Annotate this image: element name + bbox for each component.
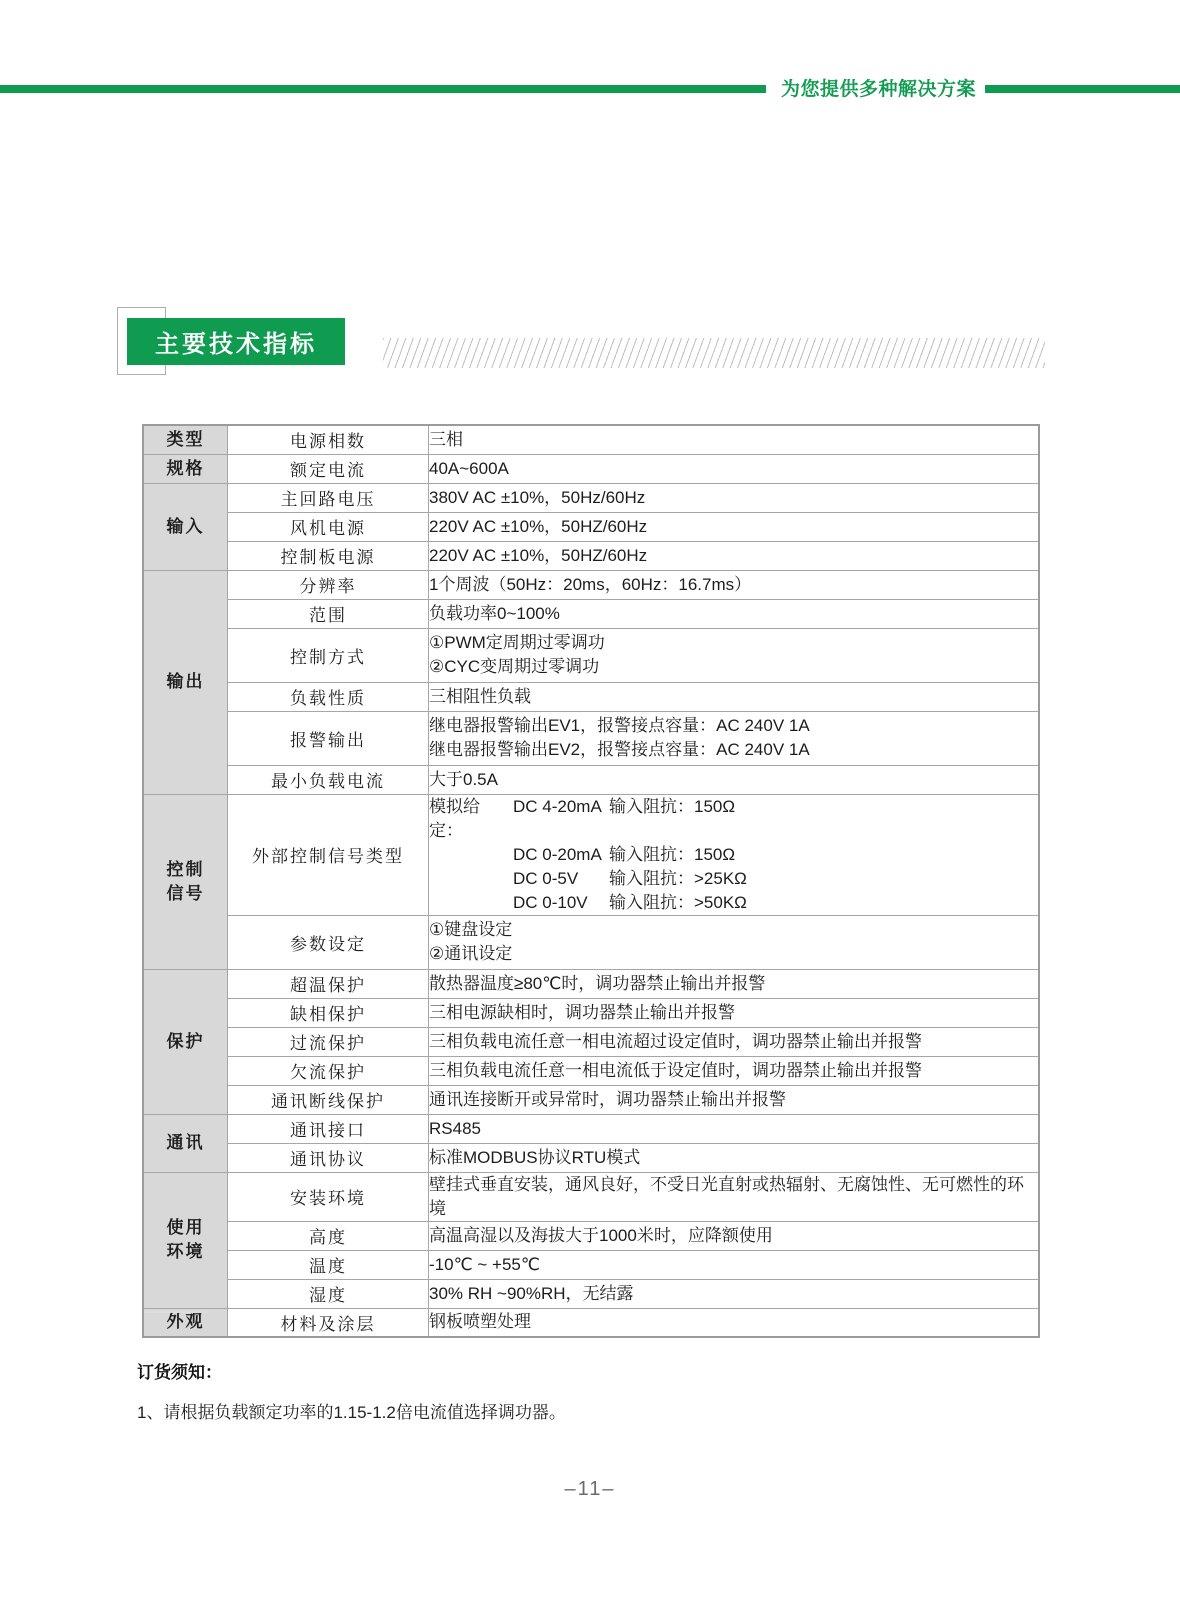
spec-table-body: 类型电源相数三相规格额定电流40A~600A输入主回路电压380V AC ±10… — [143, 425, 1039, 1337]
spec-label-cell: 控制板电源 — [228, 541, 429, 570]
spec-label-cell: 欠流保护 — [228, 1056, 429, 1085]
spec-value-cell: 三相电源缺相时，调功器禁止输出并报警 — [429, 998, 1040, 1027]
spec-value-line: 标准MODBUS协议RTU模式 — [429, 1146, 1038, 1170]
spec-label-cell: 分辨率 — [228, 570, 429, 599]
spec-value-line: DC 0-20mA输入阻抗：150Ω — [429, 843, 1038, 867]
spec-value-line: 三相电源缺相时，调功器禁止输出并报警 — [429, 1001, 1038, 1025]
spec-label-cell: 最小负载电流 — [228, 765, 429, 794]
spec-value-part — [429, 843, 513, 867]
spec-value-line: RS485 — [429, 1117, 1038, 1141]
spec-value-line: 1个周波（50Hz：20ms，60Hz：16.7ms） — [429, 573, 1038, 597]
spec-label-cell: 湿度 — [228, 1279, 429, 1308]
spec-label-cell: 过流保护 — [228, 1027, 429, 1056]
table-row: 输出分辨率1个周波（50Hz：20ms，60Hz：16.7ms） — [143, 570, 1039, 599]
category-cell: 保护 — [143, 969, 228, 1114]
spec-value-cell: 三相负载电流任意一相电流超过设定值时，调功器禁止输出并报警 — [429, 1027, 1040, 1056]
spec-value-cell: 大于0.5A — [429, 765, 1040, 794]
spec-label-cell: 通讯协议 — [228, 1143, 429, 1172]
notes-title: 订货须知： — [137, 1358, 222, 1383]
spec-value-cell: ①PWM定周期过零调功②CYC变周期过零调功 — [429, 628, 1040, 682]
spec-value-cell: 散热器温度≥80℃时，调功器禁止输出并报警 — [429, 969, 1040, 998]
spec-value-part: 输入阻抗：>25KΩ — [609, 867, 1038, 891]
table-row: 输入主回路电压380V AC ±10%，50Hz/60Hz — [143, 483, 1039, 512]
spec-value-line: 壁挂式垂直安装，通风良好，不受日光直射或热辐射、无腐蚀性、无可燃性的环境 — [429, 1173, 1038, 1221]
table-row: 最小负载电流大于0.5A — [143, 765, 1039, 794]
category-cell: 使用 环境 — [143, 1172, 228, 1308]
spec-value-part: DC 4-20mA — [513, 795, 609, 843]
spec-value-line: 大于0.5A — [429, 768, 1038, 792]
spec-value-line: -10℃ ~ +55℃ — [429, 1253, 1038, 1277]
spec-value-cell: 220V AC ±10%，50HZ/60Hz — [429, 512, 1040, 541]
spec-value-line: 继电器报警输出EV2，报警接点容量：AC 240V 1A — [429, 738, 1038, 762]
spec-value-line: 三相负载电流任意一相电流超过设定值时，调功器禁止输出并报警 — [429, 1030, 1038, 1054]
table-row: 类型电源相数三相 — [143, 425, 1039, 454]
spec-label-cell: 电源相数 — [228, 425, 429, 454]
spec-value-line: 继电器报警输出EV1，报警接点容量：AC 240V 1A — [429, 714, 1038, 738]
table-row: 负载性质三相阻性负载 — [143, 682, 1039, 711]
spec-value-line: 模拟给定：DC 4-20mA输入阻抗：150Ω — [429, 795, 1038, 843]
spec-value-cell: 三相 — [429, 425, 1040, 454]
spec-value-line: 负载功率0~100% — [429, 602, 1038, 626]
table-row: 风机电源220V AC ±10%，50HZ/60Hz — [143, 512, 1039, 541]
table-row: 外观材料及涂层钢板喷塑处理 — [143, 1308, 1039, 1337]
category-cell: 规格 — [143, 454, 228, 483]
spec-label-cell: 高度 — [228, 1221, 429, 1250]
spec-value-cell: RS485 — [429, 1114, 1040, 1143]
spec-value-cell: 钢板喷塑处理 — [429, 1308, 1040, 1337]
table-row: 报警输出继电器报警输出EV1，报警接点容量：AC 240V 1A继电器报警输出E… — [143, 711, 1039, 765]
table-row: 保护超温保护散热器温度≥80℃时，调功器禁止输出并报警 — [143, 969, 1039, 998]
spec-value-line: 220V AC ±10%，50HZ/60Hz — [429, 515, 1038, 539]
table-row: 使用 环境安装环境壁挂式垂直安装，通风良好，不受日光直射或热辐射、无腐蚀性、无可… — [143, 1172, 1039, 1221]
table-row: 控制板电源220V AC ±10%，50HZ/60Hz — [143, 541, 1039, 570]
table-row: 参数设定①键盘设定②通讯设定 — [143, 915, 1039, 969]
spec-value-cell: 继电器报警输出EV1，报警接点容量：AC 240V 1A继电器报警输出EV2，报… — [429, 711, 1040, 765]
spec-value-part — [429, 867, 513, 891]
table-row: 通讯协议标准MODBUS协议RTU模式 — [143, 1143, 1039, 1172]
spec-value-cell: 三相阻性负载 — [429, 682, 1040, 711]
table-row: 通讯通讯接口RS485 — [143, 1114, 1039, 1143]
header-slogan: 为您提供多种解决方案 — [781, 74, 976, 101]
category-cell: 输出 — [143, 570, 228, 794]
spec-value-part: 模拟给定： — [429, 795, 513, 843]
spec-value-cell: 模拟给定：DC 4-20mA输入阻抗：150ΩDC 0-20mA输入阻抗：150… — [429, 794, 1040, 915]
spec-label-cell: 缺相保护 — [228, 998, 429, 1027]
spec-value-cell: 30% RH ~90%RH，无结露 — [429, 1279, 1040, 1308]
spec-value-line: 通讯连接断开或异常时，调功器禁止输出并报警 — [429, 1088, 1038, 1112]
spec-value-part — [429, 891, 513, 915]
spec-label-cell: 参数设定 — [228, 915, 429, 969]
spec-value-line: DC 0-10V输入阻抗：>50KΩ — [429, 891, 1038, 915]
spec-label-cell: 通讯接口 — [228, 1114, 429, 1143]
spec-value-line: ②CYC变周期过零调功 — [429, 655, 1038, 679]
notes-item: 1、请根据负载额定功率的1.15-1.2倍电流值选择调功器。 — [137, 1398, 566, 1423]
spec-value-cell: 380V AC ±10%，50Hz/60Hz — [429, 483, 1040, 512]
header-rule-left — [0, 85, 766, 93]
spec-label-cell: 温度 — [228, 1250, 429, 1279]
spec-value-cell: 1个周波（50Hz：20ms，60Hz：16.7ms） — [429, 570, 1040, 599]
table-row: 欠流保护三相负载电流任意一相电流低于设定值时，调功器禁止输出并报警 — [143, 1056, 1039, 1085]
spec-value-part: DC 0-5V — [513, 867, 609, 891]
spec-value-line: 30% RH ~90%RH，无结露 — [429, 1282, 1038, 1306]
spec-label-cell: 范围 — [228, 599, 429, 628]
spec-label-cell: 外部控制信号类型 — [228, 794, 429, 915]
spec-value-cell: 高温高湿以及海拔大于1000米时，应降额使用 — [429, 1221, 1040, 1250]
spec-value-line: 三相 — [429, 428, 1038, 452]
spec-value-cell: 三相负载电流任意一相电流低于设定值时，调功器禁止输出并报警 — [429, 1056, 1040, 1085]
spec-value-line: 三相阻性负载 — [429, 685, 1038, 709]
spec-value-cell: -10℃ ~ +55℃ — [429, 1250, 1040, 1279]
spec-label-cell: 风机电源 — [228, 512, 429, 541]
spec-label-cell: 主回路电压 — [228, 483, 429, 512]
spec-label-cell: 报警输出 — [228, 711, 429, 765]
spec-value-line: 散热器温度≥80℃时，调功器禁止输出并报警 — [429, 972, 1038, 996]
header-rule-right — [985, 85, 1180, 93]
spec-value-line: 钢板喷塑处理 — [429, 1310, 1038, 1334]
table-row: 湿度30% RH ~90%RH，无结露 — [143, 1279, 1039, 1308]
spec-value-cell: 220V AC ±10%，50HZ/60Hz — [429, 541, 1040, 570]
table-row: 规格额定电流40A~600A — [143, 454, 1039, 483]
spec-label-cell: 额定电流 — [228, 454, 429, 483]
table-row: 高度高温高湿以及海拔大于1000米时，应降额使用 — [143, 1221, 1039, 1250]
spec-value-cell: 负载功率0~100% — [429, 599, 1040, 628]
table-row: 温度-10℃ ~ +55℃ — [143, 1250, 1039, 1279]
spec-value-line: ②通讯设定 — [429, 942, 1038, 966]
spec-value-part: 输入阻抗：150Ω — [609, 795, 1038, 843]
section-title: 主要技术指标 — [127, 318, 345, 365]
spec-value-part: DC 0-10V — [513, 891, 609, 915]
spec-value-line: 40A~600A — [429, 457, 1038, 481]
category-cell: 输入 — [143, 483, 228, 570]
spec-value-cell: 壁挂式垂直安装，通风良好，不受日光直射或热辐射、无腐蚀性、无可燃性的环境 — [429, 1172, 1040, 1221]
spec-value-line: 220V AC ±10%，50HZ/60Hz — [429, 544, 1038, 568]
spec-value-part: 输入阻抗：>50KΩ — [609, 891, 1038, 915]
notes-divider — [145, 1311, 207, 1313]
page-number: –11– — [0, 1478, 1180, 1501]
table-row: 通讯断线保护通讯连接断开或异常时，调功器禁止输出并报警 — [143, 1085, 1039, 1114]
table-row: 缺相保护三相电源缺相时，调功器禁止输出并报警 — [143, 998, 1039, 1027]
spec-value-line: 高温高湿以及海拔大于1000米时，应降额使用 — [429, 1224, 1038, 1248]
spec-value-part: DC 0-20mA — [513, 843, 609, 867]
spec-value-cell: 40A~600A — [429, 454, 1040, 483]
spec-label-cell: 材料及涂层 — [228, 1308, 429, 1337]
spec-value-line: 三相负载电流任意一相电流低于设定值时，调功器禁止输出并报警 — [429, 1059, 1038, 1083]
spec-label-cell: 通讯断线保护 — [228, 1085, 429, 1114]
spec-value-line: DC 0-5V输入阻抗：>25KΩ — [429, 867, 1038, 891]
section-title-label: 主要技术指标 — [155, 324, 317, 359]
table-row: 过流保护三相负载电流任意一相电流超过设定值时，调功器禁止输出并报警 — [143, 1027, 1039, 1056]
table-row: 控制方式①PWM定周期过零调功②CYC变周期过零调功 — [143, 628, 1039, 682]
spec-label-cell: 超温保护 — [228, 969, 429, 998]
spec-value-cell: 通讯连接断开或异常时，调功器禁止输出并报警 — [429, 1085, 1040, 1114]
table-row: 控制 信号外部控制信号类型模拟给定：DC 4-20mA输入阻抗：150ΩDC 0… — [143, 794, 1039, 915]
category-cell: 类型 — [143, 425, 228, 454]
spec-value-line: 380V AC ±10%，50Hz/60Hz — [429, 486, 1038, 510]
table-row: 范围负载功率0~100% — [143, 599, 1039, 628]
category-cell: 控制 信号 — [143, 794, 228, 969]
spec-value-cell: 标准MODBUS协议RTU模式 — [429, 1143, 1040, 1172]
spec-value-cell: ①键盘设定②通讯设定 — [429, 915, 1040, 969]
catalog-page: { "header": { "slogan": "为您提供多种解决方案" }, … — [0, 0, 1180, 1600]
hatch-decoration — [383, 338, 1045, 368]
spec-value-part: 输入阻抗：150Ω — [609, 843, 1038, 867]
spec-label-cell: 控制方式 — [228, 628, 429, 682]
spec-value-line: ①PWM定周期过零调功 — [429, 631, 1038, 655]
spec-value-line: ①键盘设定 — [429, 918, 1038, 942]
spec-table: 类型电源相数三相规格额定电流40A~600A输入主回路电压380V AC ±10… — [142, 424, 1040, 1338]
spec-label-cell: 负载性质 — [228, 682, 429, 711]
category-cell: 通讯 — [143, 1114, 228, 1172]
spec-label-cell: 安装环境 — [228, 1172, 429, 1221]
